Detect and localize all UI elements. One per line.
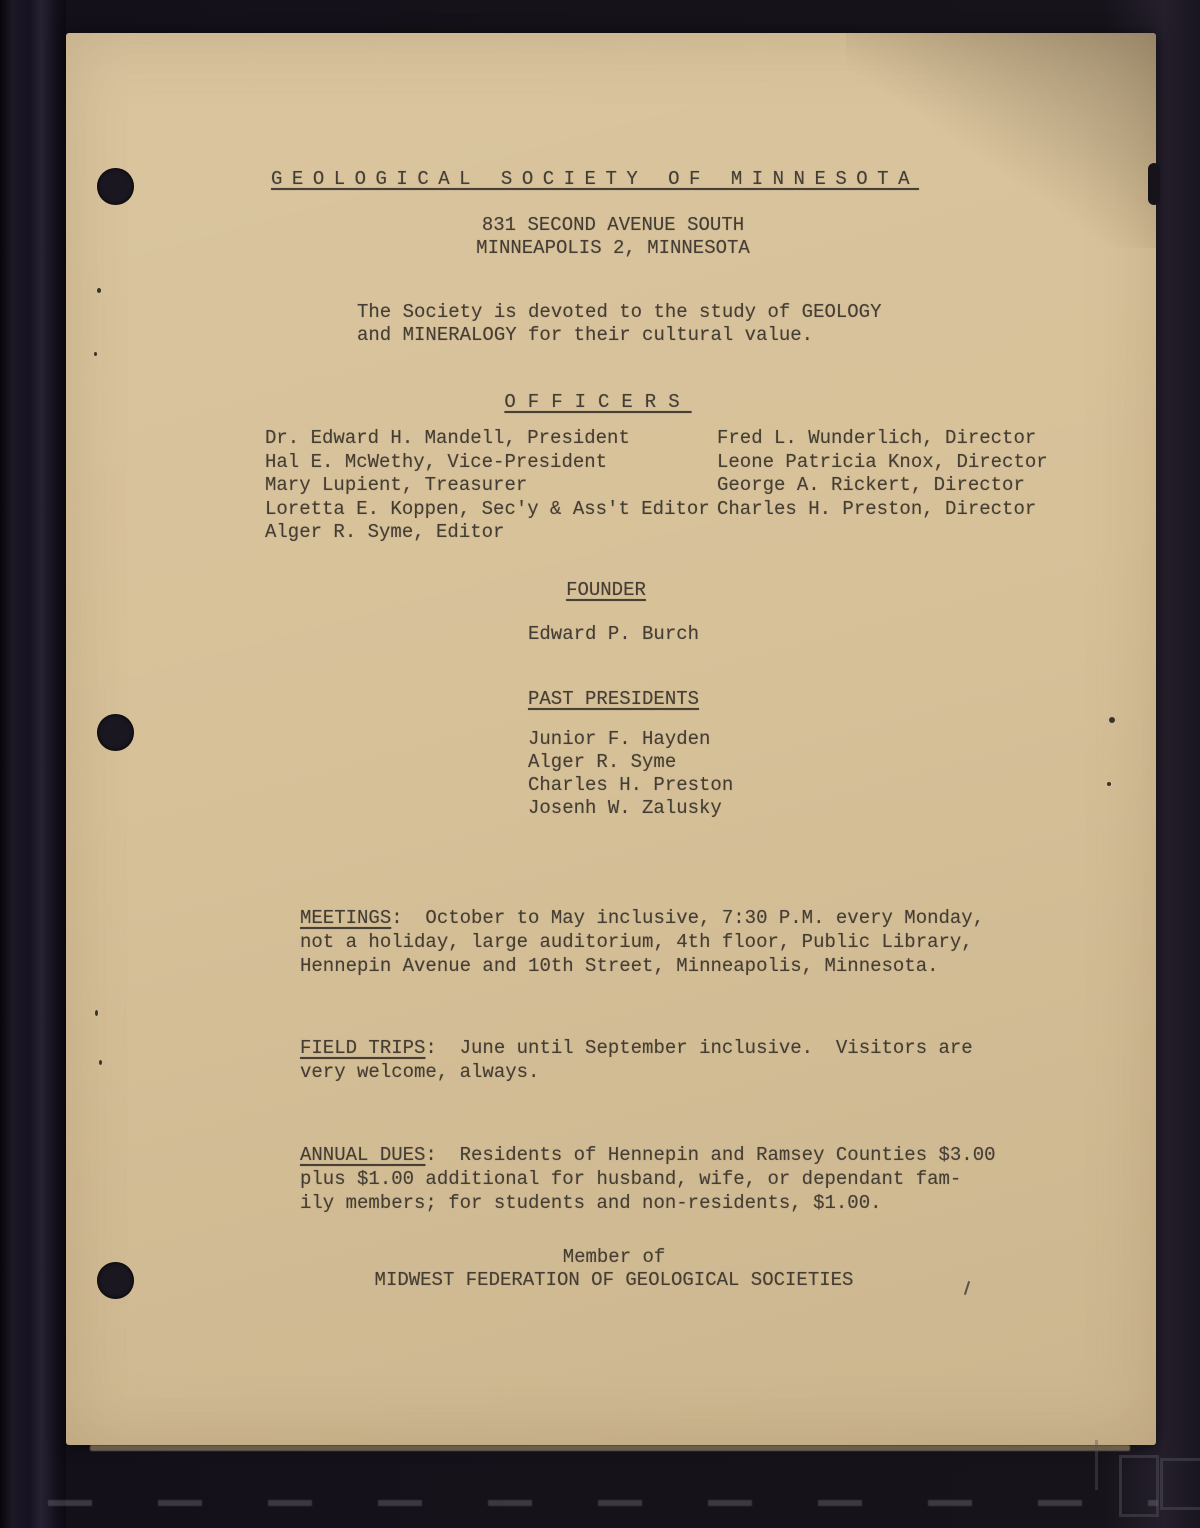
page-edge-notch bbox=[1148, 163, 1160, 205]
meetings-label: MEETINGS bbox=[300, 907, 391, 929]
paper-speck bbox=[94, 352, 97, 356]
officers-list-left: Dr. Edward H. Mandell, President Hal E. … bbox=[265, 427, 710, 545]
scan-background: GEOLOGICAL SOCIETY OF MINNESOTA 831 SECO… bbox=[0, 0, 1200, 1528]
document-page: GEOLOGICAL SOCIETY OF MINNESOTA 831 SECO… bbox=[66, 33, 1156, 1445]
field-trips-label: FIELD TRIPS bbox=[300, 1037, 425, 1059]
paper-speck bbox=[99, 1060, 102, 1065]
underlying-page-edge bbox=[90, 1445, 1130, 1451]
society-address: 831 SECOND AVENUE SOUTH MINNEAPOLIS 2, M… bbox=[68, 214, 1158, 260]
paper-speck bbox=[1107, 782, 1111, 786]
annual-dues-label: ANNUAL DUES bbox=[300, 1144, 425, 1166]
film-edge-marks bbox=[48, 1500, 1158, 1506]
membership-note: Member ofMIDWEST FEDERATION OF GEOLOGICA… bbox=[69, 1246, 1159, 1292]
hole-punch bbox=[97, 714, 134, 751]
membership-line1: Member of bbox=[563, 1246, 666, 1268]
document-title: GEOLOGICAL SOCIETY OF MINNESOTA bbox=[50, 168, 1140, 190]
past-presidents-list: Junior F. Hayden Alger R. Syme Charles H… bbox=[528, 728, 733, 820]
paper-speck bbox=[97, 288, 101, 293]
film-frame-mark bbox=[1160, 1458, 1200, 1510]
membership-line2: MIDWEST FEDERATION OF GEOLOGICAL SOCIETI… bbox=[375, 1269, 854, 1291]
film-frame-line bbox=[1095, 1440, 1098, 1490]
officers-list-right: Fred L. Wunderlich, Director Leone Patri… bbox=[717, 427, 1048, 521]
founder-name: Edward P. Burch bbox=[528, 623, 699, 645]
annual-dues-paragraph: ANNUAL DUES: Residents of Hennepin and R… bbox=[300, 1143, 1080, 1215]
binder-edge-shadow bbox=[0, 0, 66, 1528]
officers-heading: OFFICERS bbox=[53, 391, 1143, 413]
field-trips-paragraph: FIELD TRIPS: June until September inclus… bbox=[300, 1036, 1080, 1084]
meetings-text: : October to May inclusive, 7:30 P.M. ev… bbox=[300, 907, 984, 977]
film-frame-mark bbox=[1119, 1455, 1159, 1517]
mission-statement: The Society is devoted to the study of G… bbox=[357, 301, 882, 347]
meetings-paragraph: MEETINGS: October to May inclusive, 7:30… bbox=[300, 906, 1080, 978]
past-presidents-heading: PAST PRESIDENTS bbox=[528, 688, 699, 710]
paper-speck bbox=[95, 1010, 98, 1016]
paper-speck bbox=[1109, 717, 1115, 723]
founder-heading: FOUNDER bbox=[61, 579, 1151, 601]
